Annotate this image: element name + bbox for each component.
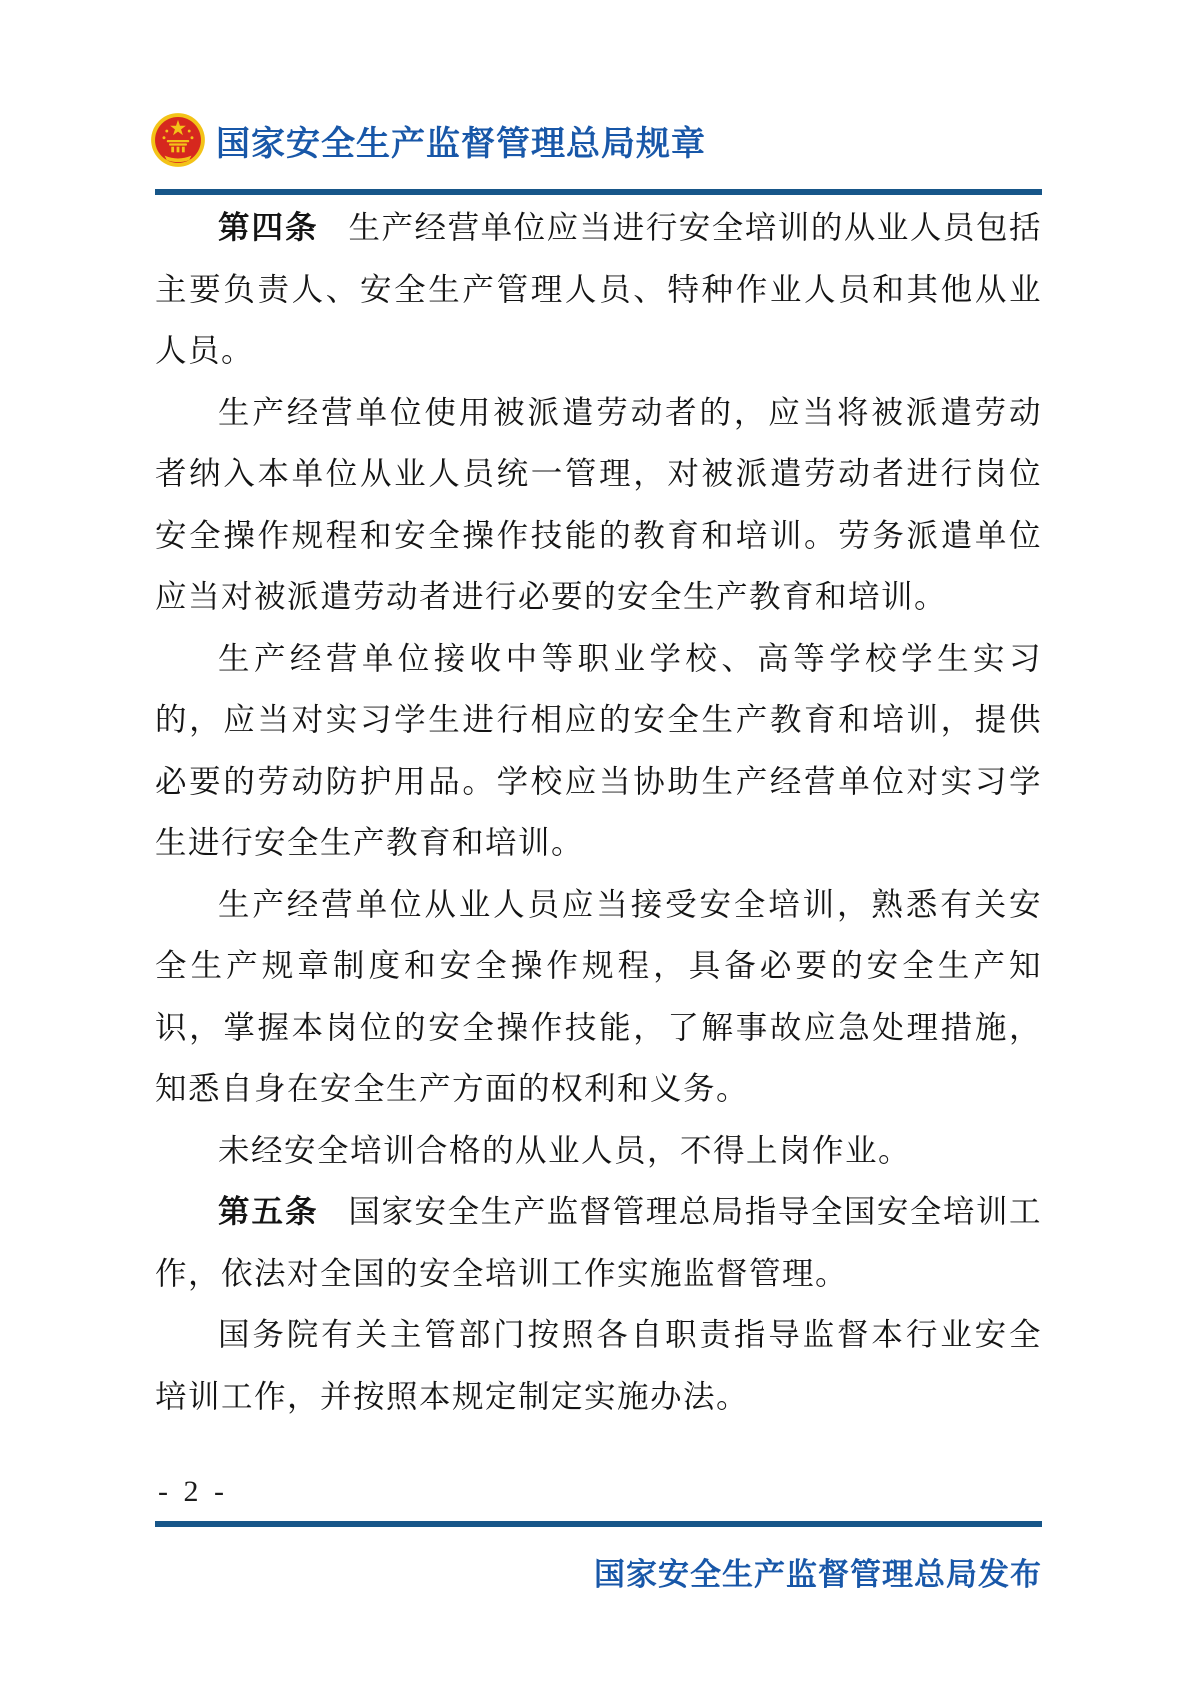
national-emblem-icon xyxy=(150,112,206,168)
header-rule xyxy=(155,189,1042,195)
page-header: 国家安全生产监督管理总局规章 xyxy=(150,0,1042,168)
header-title: 国家安全生产监督管理总局规章 xyxy=(216,116,706,165)
paragraph: 生产经营单位接收中等职业学校、高等学校学生实习的，应当对实习学生进行相应的安全生… xyxy=(155,628,1042,874)
paragraph: 第四条生产经营单位应当进行安全培训的从业人员包括主要负责人、安全生产管理人员、特… xyxy=(155,197,1042,382)
paragraph-text: 生产经营单位接收中等职业学校、高等学校学生实习的，应当对实习学生进行相应的安全生… xyxy=(155,641,1042,861)
paragraph: 第五条国家安全生产监督管理总局指导全国安全培训工作，依法对全国的安全培训工作实施… xyxy=(155,1181,1042,1304)
paragraph-text: 生产经营单位从业人员应当接受安全培训，熟悉有关安全生产规章制度和安全操作规程，具… xyxy=(155,887,1042,1107)
page-number: - 2 - xyxy=(158,1475,1190,1509)
paragraph-text: 未经安全培训合格的从业人员，不得上岗作业。 xyxy=(218,1133,911,1168)
paragraph: 国务院有关主管部门按照各自职责指导监督本行业安全培训工作，并按照本规定制定实施办… xyxy=(155,1304,1042,1427)
article-number: 第五条 xyxy=(218,1193,319,1229)
paragraph: 生产经营单位使用被派遣劳动者的，应当将被派遣劳动者纳入本单位从业人员统一管理，对… xyxy=(155,382,1042,628)
paragraph: 生产经营单位从业人员应当接受安全培训，熟悉有关安全生产规章制度和安全操作规程，具… xyxy=(155,874,1042,1120)
paragraph-text: 生产经营单位使用被派遣劳动者的，应当将被派遣劳动者纳入本单位从业人员统一管理，对… xyxy=(155,395,1042,615)
footer-rule xyxy=(155,1521,1042,1527)
paragraph: 未经安全培训合格的从业人员，不得上岗作业。 xyxy=(155,1120,1042,1182)
footer-publisher: 国家安全生产监督管理总局发布 xyxy=(0,1549,1042,1594)
paragraph-text: 国务院有关主管部门按照各自职责指导监督本行业安全培训工作，并按照本规定制定实施办… xyxy=(155,1317,1042,1414)
document-body: 第四条生产经营单位应当进行安全培训的从业人员包括主要负责人、安全生产管理人员、特… xyxy=(155,197,1042,1427)
document-page: 国家安全生产监督管理总局规章 第四条生产经营单位应当进行安全培训的从业人员包括主… xyxy=(0,0,1190,1683)
article-number: 第四条 xyxy=(218,209,319,245)
